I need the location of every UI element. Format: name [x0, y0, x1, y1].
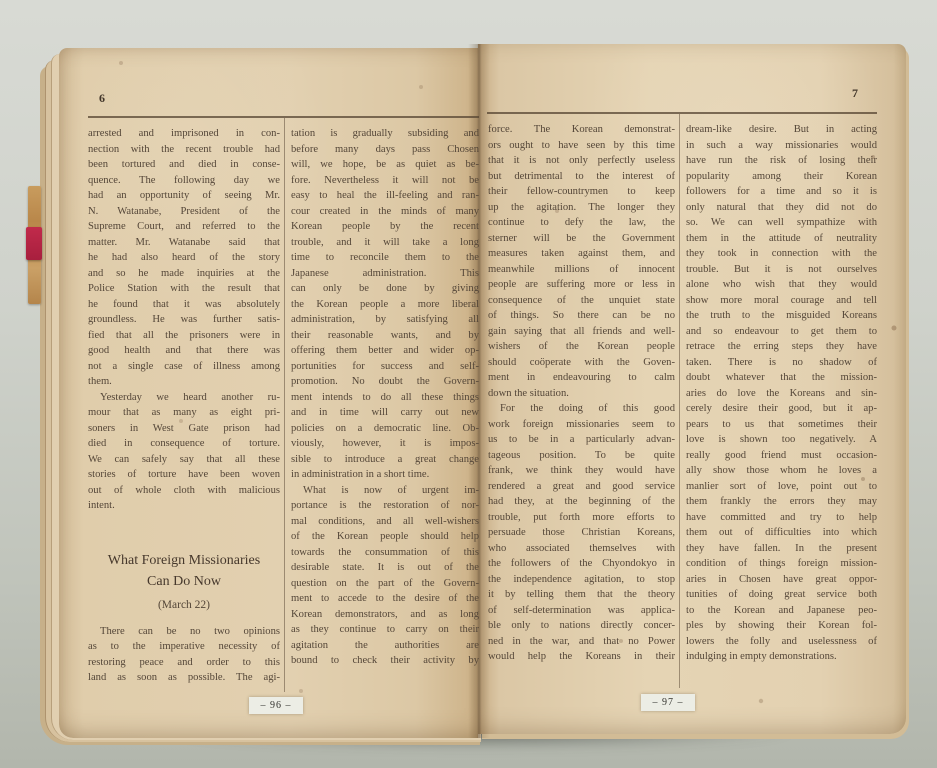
text-line: so. We can well sympathize with [686, 215, 877, 231]
text-line: frank, we think they would have [488, 463, 675, 479]
text-line: force. The Korean demonstrat- [488, 122, 675, 138]
text-line: sterner will be the Government [488, 231, 675, 247]
text-line: gain saying that all friends and well- [488, 324, 675, 340]
text-line: will, we hope, be as quiet as be- [291, 157, 479, 173]
text-line: retrace the erring steps they have [686, 339, 877, 355]
text-line: taken. There is no shadow of [686, 355, 877, 371]
text-line: ment to accede to the desire of the [291, 591, 479, 607]
text-line: tation is gradually subsiding and [291, 126, 479, 142]
right-folio-label: – 97 – [641, 694, 695, 711]
text-line: desirable state. It is out of the [291, 560, 479, 576]
right-header-rule [487, 112, 877, 114]
text-line: arrested and imprisoned in con- [88, 126, 280, 142]
text-line: and so endeavour to get them to [686, 324, 877, 340]
paragraph: dream-like desire. But in actingin such … [686, 122, 877, 665]
text-line: down the situation. [488, 386, 675, 402]
text-line: rendered a great and good service [488, 479, 675, 495]
left-column-divider [284, 118, 285, 692]
text-line: cour created in the minds of many [291, 204, 479, 220]
text-line: before many days pass Chosen [291, 142, 479, 158]
text-line: restoring peace and order to this [88, 655, 280, 671]
text-line: trouble. But it is not ourselves [686, 262, 877, 278]
text-line: measures taken against them, and [488, 246, 675, 262]
text-line: agitation the authorities are [291, 638, 479, 654]
text-line: Police Station with the result that [88, 281, 280, 297]
text-line: up the agitation. The longer they [488, 200, 675, 216]
text-line: doubt whatever that the mission- [686, 370, 877, 386]
left-page-number: 6 [99, 91, 105, 106]
left-folio-label: – 96 – [249, 697, 303, 714]
text-line: them frankly the errors they may [686, 494, 877, 510]
text-line: but detrimental to the interest of [488, 169, 675, 185]
text-line: them. [88, 374, 280, 390]
text-line: Yesterday we heard another ru- [88, 390, 280, 406]
text-line: For the doing of this good [488, 401, 675, 417]
text-line: N. Watanabe, President of the [88, 204, 280, 220]
text-line: What Foreign Missionaries [88, 550, 280, 571]
text-line: Korean people by the recent [291, 219, 479, 235]
text-line: people are suffering more or less in [488, 277, 675, 293]
right-page-number: 7 [852, 86, 858, 101]
text-line: tageous position. To be quite [488, 448, 675, 464]
right-page-column-2: dream-like desire. But in actingin such … [686, 122, 877, 665]
text-line: ors ought to have seen by this time [488, 138, 675, 154]
text-line: aries in Chosen have great oppor- [686, 572, 877, 588]
text-line: the truth to the misguided Koreans [686, 308, 877, 324]
paragraph: Yesterday we heard another ru-mour that … [88, 390, 280, 514]
text-line: only natural that they did not do [686, 200, 877, 216]
text-line: time to reconcile them to the [291, 250, 479, 266]
heading: What Foreign MissionariesCan Do Now [88, 550, 280, 592]
paper-specks [0, 0, 2, 2]
text-line: wishers of the Korean people [488, 339, 675, 355]
text-line: alone who wish that they would [686, 277, 877, 293]
text-line: really good friend must occasion- [686, 448, 877, 464]
text-line: died in consequence of torture. [88, 436, 280, 452]
paragraph: force. The Korean demonstrat-ors ought t… [488, 122, 675, 401]
text-line: administration, by satisfying all [291, 312, 479, 328]
text-line: mour that as many as eight pri- [88, 405, 280, 421]
text-line: manlier sort of love, point out to [686, 479, 877, 495]
text-line: ned in the war, and that no Power [488, 634, 675, 650]
text-line: have committed and try to help [686, 510, 877, 526]
text-line: and so he made inquiries at the [88, 266, 280, 282]
text-line: nection with the recent trouble had [88, 142, 280, 158]
text-line: (March 22) [88, 596, 280, 614]
text-line: meanwhile millions of innocent [488, 262, 675, 278]
text-line: easy to heal the ill-feeling and ran- [291, 188, 479, 204]
left-page-column-1: arrested and imprisoned in con-nection w… [88, 126, 280, 686]
text-line: ble only to nations directly concer- [488, 618, 675, 634]
text-line: that it is not only perfectly useless [488, 153, 675, 169]
paragraph: For the doing of this goodwork foreign m… [488, 401, 675, 665]
text-line: ment intends to do all these things [291, 390, 479, 406]
text-line: Japanese administration. This [291, 266, 479, 282]
text-line: as to the imperative necessity of [88, 639, 280, 655]
text-line: There can be no two opinions [88, 624, 280, 640]
text-line: them out of difficulties into which [686, 525, 877, 541]
text-line: out of whole cloth with malicious [88, 483, 280, 499]
text-line: and in time will carry out new [291, 405, 479, 421]
text-line: should coöperate with the Goven- [488, 355, 675, 371]
text-line: their fellow-countrymen to keep [488, 184, 675, 200]
text-line: lowers the folly and uselessness of [686, 634, 877, 650]
text-line: promotion. No doubt the Govern- [291, 374, 479, 390]
text-line: he found that it was absolutely [88, 297, 280, 313]
text-line: fied that all the prisoners were in [88, 328, 280, 344]
text-line: sible to introduce a great change [291, 452, 479, 468]
text-line: of self-determination was applica- [488, 603, 675, 619]
text-line: ples by showing their Korean fol- [686, 618, 877, 634]
text-line: viously, however, it is impos- [291, 436, 479, 452]
text-line: consequence of the unquiet state [488, 293, 675, 309]
text-line: trouble, and it will take a long [291, 235, 479, 251]
text-line: them in the attitude of neutrality [686, 231, 877, 247]
text-line: good health and that there was [88, 343, 280, 359]
left-page-column-2: tation is gradually subsiding andbefore … [291, 126, 479, 669]
paragraph: arrested and imprisoned in con-nection w… [88, 126, 280, 390]
text-line: question on the part of the Govern- [291, 576, 479, 592]
right-column-divider [679, 114, 680, 688]
text-line: the Korean people a more liberal [291, 297, 479, 313]
text-line: policies on a democratic line. Ob- [291, 421, 479, 437]
text-line: they took in connection with the [686, 246, 877, 262]
text-line: popularity among their Korean [686, 169, 877, 185]
text-line: to the Korean and Japanese peo- [686, 603, 877, 619]
text-line: portunities for success and self- [291, 359, 479, 375]
text-line: indulging in empty demonstrations. [686, 649, 877, 665]
text-line: trouble, put forth more efforts to [488, 510, 675, 526]
text-line: portance is the restoration of nor- [291, 498, 479, 514]
text-line: offering them better and wider op- [291, 343, 479, 359]
text-line: aries do love the Koreans and sin- [686, 386, 877, 402]
text-line: stories of torture have been woven [88, 467, 280, 483]
text-line: continue to defy the law, the [488, 215, 675, 231]
text-line: had an opportunity of seeing Mr. [88, 188, 280, 204]
text-line: in such a way missionaries would [686, 138, 877, 154]
text-line: it by telling them that the theory [488, 587, 675, 603]
text-line: not a single case of illness among [88, 359, 280, 375]
text-line: quence. The following day we [88, 173, 280, 189]
paragraph: tation is gradually subsiding andbefore … [291, 126, 479, 483]
text-line: groundless. He was further satis- [88, 312, 280, 328]
text-line: of the Korean people should help [291, 529, 479, 545]
text-line: the independence agitation, to stop [488, 572, 675, 588]
text-line: Supreme Court, and referred to the [88, 219, 280, 235]
text-line: us to be in a particularly advan- [488, 432, 675, 448]
text-line: persuade those Christian Koreans, [488, 525, 675, 541]
text-line: been tortured and died in conse- [88, 157, 280, 173]
paragraph: What is now of urgent im-portance is the… [291, 483, 479, 669]
text-line: who associated themselves with [488, 541, 675, 557]
text-line: would help the Koreans in their [488, 649, 675, 665]
text-line: the followers of the Chyondokyo in [488, 556, 675, 572]
text-line: ment in endeavouring to calm [488, 370, 675, 386]
right-page-column-1: force. The Korean demonstrat-ors ought t… [488, 122, 675, 665]
text-line: as they continue to carry on their [291, 622, 479, 638]
text-line: land as soon as possible. The agi- [88, 670, 280, 686]
text-line: towards the consummation of this [291, 545, 479, 561]
text-line: of things. So there can be no [488, 308, 675, 324]
subheading: (March 22) [88, 596, 280, 614]
text-line: Can Do Now [88, 571, 280, 592]
text-line: fore. Nevertheless it will not be [291, 173, 479, 189]
text-line: they have fallen. In the present [686, 541, 877, 557]
text-line: mal conditions, and all well-wishers [291, 514, 479, 530]
text-line: dream-like desire. But in acting [686, 122, 877, 138]
text-line: tunities of doing great service both [686, 587, 877, 603]
text-line: bound to check their activity by [291, 653, 479, 669]
text-line: soners in West Gate prison had [88, 421, 280, 437]
text-line: have run the risk of losing their [686, 153, 877, 169]
text-line: their reasonable wants, and by [291, 328, 479, 344]
text-line: condition of things foreign mission- [686, 556, 877, 572]
paragraph: There can be no two opinionsas to the im… [88, 624, 280, 686]
red-bookmark-tab [26, 227, 42, 260]
text-line: intent. [88, 498, 280, 514]
text-line: work foreign missionaries seem to [488, 417, 675, 433]
text-line: had they, at the beginning of the [488, 494, 675, 510]
text-line: can only be done by giving [291, 281, 479, 297]
text-line: Korean demonstrators, and as long [291, 607, 479, 623]
text-line: We can safely say that all these [88, 452, 280, 468]
text-line: ally show those whom he loves a [686, 463, 877, 479]
text-line: pears to us that sometimes their [686, 417, 877, 433]
text-line: he had also heard of the story [88, 250, 280, 266]
text-line: What is now of urgent im- [291, 483, 479, 499]
text-line: love is shown too negatively. A [686, 432, 877, 448]
text-line: show more moral courage and tell [686, 293, 877, 309]
text-line: matter. Mr. Watanabe said that [88, 235, 280, 251]
text-line: cerely desire their good, but it ap- [686, 401, 877, 417]
text-line: in administration in a short time. [291, 467, 479, 483]
text-line: followers for a time and so it is [686, 184, 877, 200]
